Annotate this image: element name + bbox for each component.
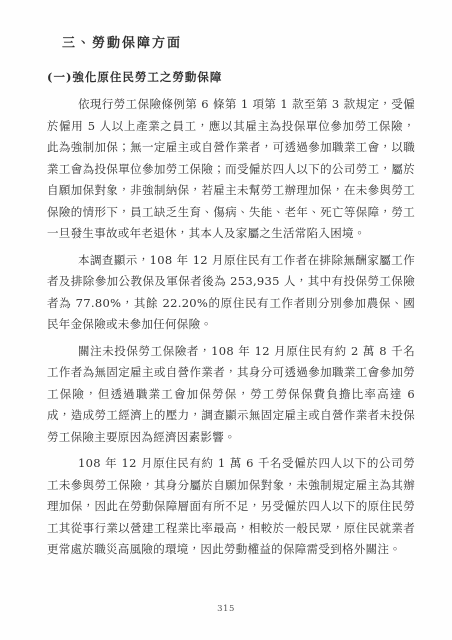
paragraph-labor-insurance-rules: 依現行勞工保險條例第 6 條第 1 項第 1 款至第 3 款規定，受僱於僱用 5… (47, 94, 415, 245)
paragraph-uninsured-self-employed: 關注未投保勞工保險者，108 年 12 月原住民有約 2 萬 8 千名工作者為無… (47, 341, 415, 449)
paragraph-survey-coverage-stats: 本調查顯示，108 年 12 月原住民有工作者在排除無酬家屬工作者及排除參加公教… (47, 250, 415, 336)
document-body: 依現行勞工保險條例第 6 條第 1 項第 1 款至第 3 款規定，受僱於僱用 5… (47, 94, 415, 561)
section-heading: 三、勞動保障方面 (62, 36, 415, 52)
page-number: 315 (0, 604, 452, 614)
paragraph-small-company-workers: 108 年 12 月原住民有約 1 萬 6 千名受僱於四人以下的公司勞工未參與勞… (47, 453, 415, 561)
subsection-heading: (一)強化原住民勞工之勞動保障 (47, 70, 415, 84)
document-page: 三、勞動保障方面 (一)強化原住民勞工之勞動保障 依現行勞工保險條例第 6 條第… (0, 0, 452, 640)
